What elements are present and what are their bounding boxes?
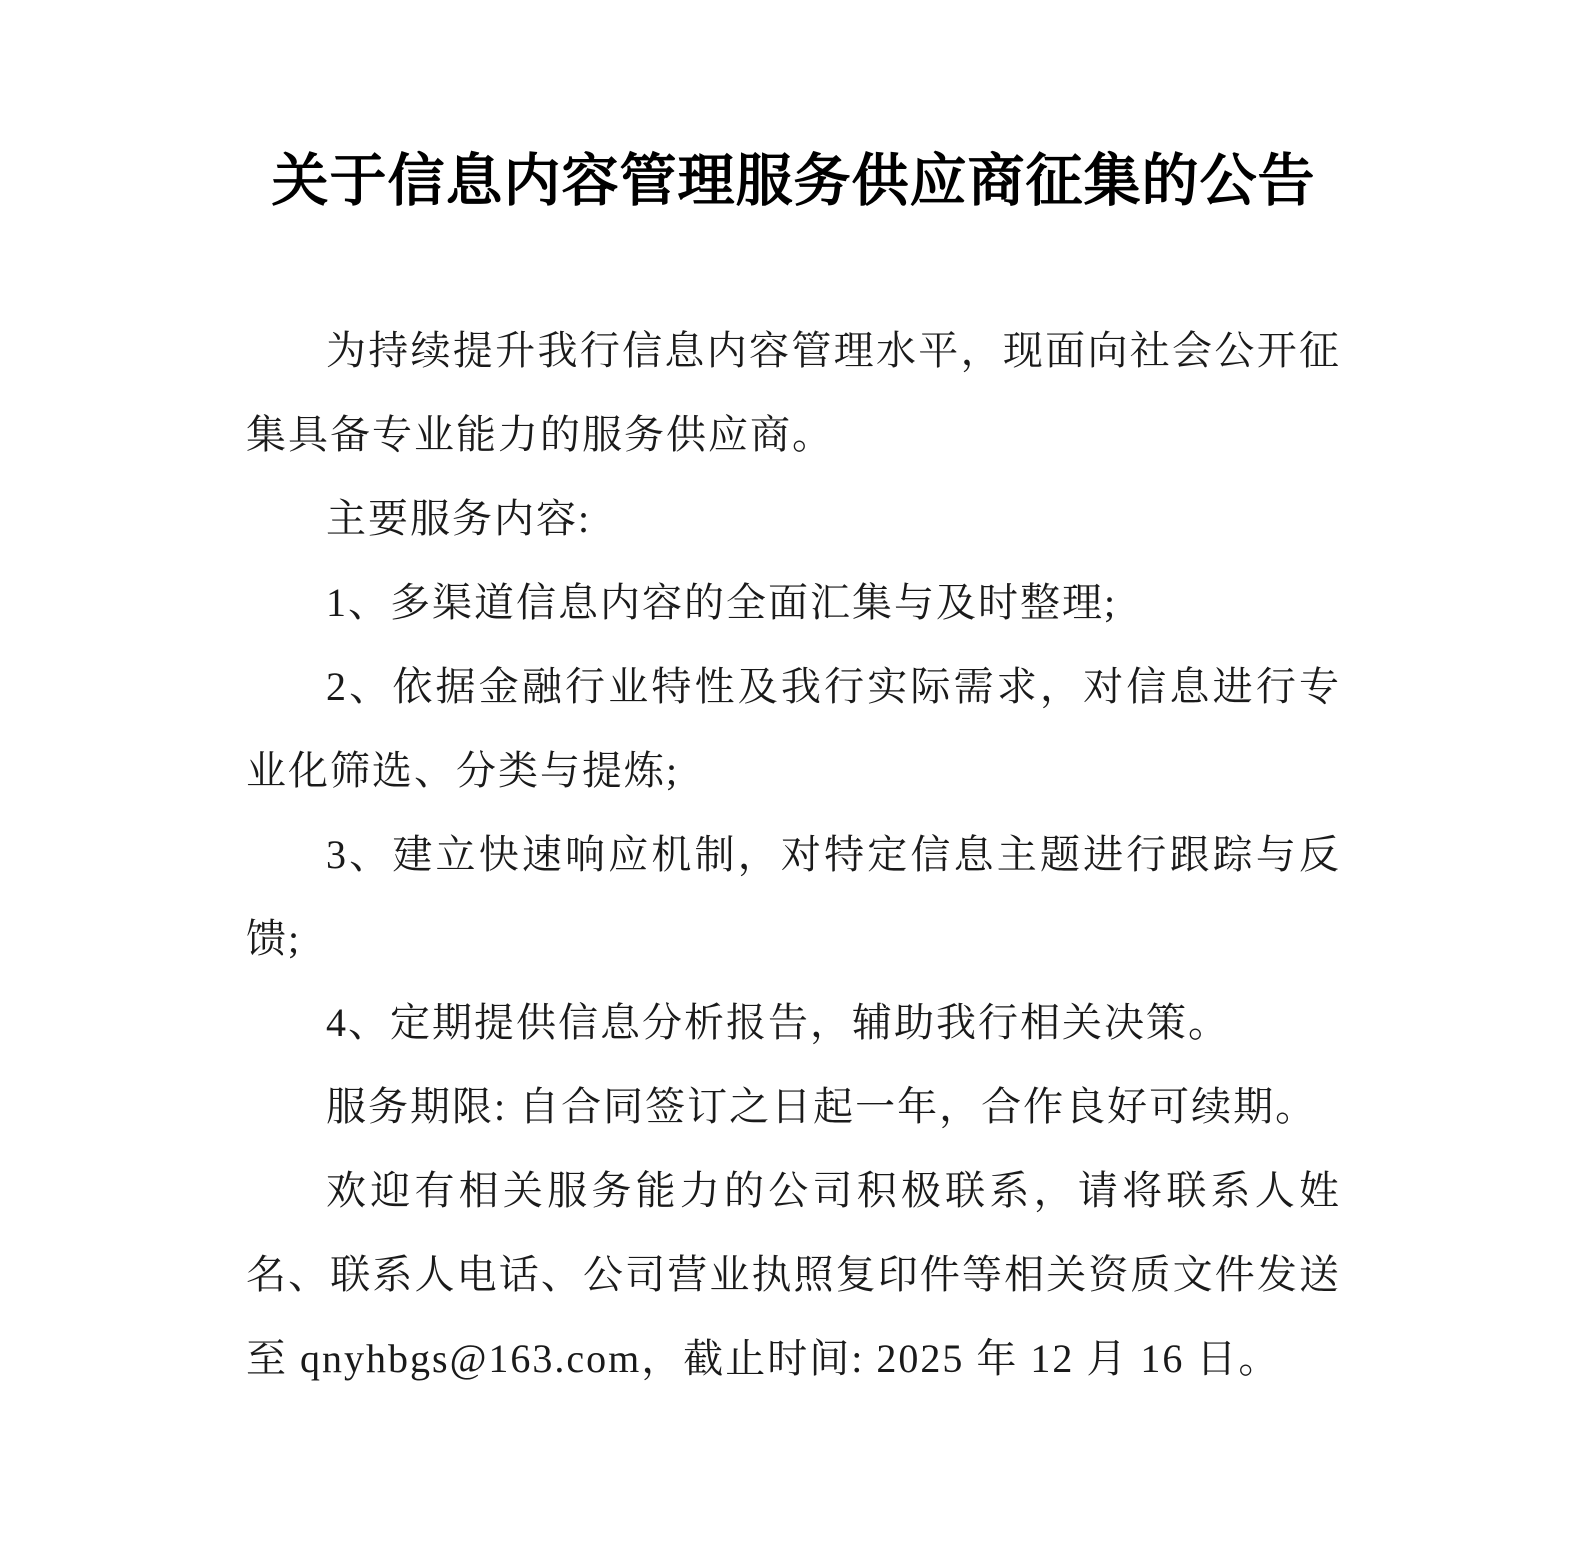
- paragraph-contact-info: 欢迎有相关服务能力的公司积极联系，请将联系人姓名、联系人电话、公司营业执照复印件…: [246, 1149, 1341, 1401]
- paragraph-service-item-3: 3、建立快速响应机制，对特定信息主题进行跟踪与反馈;: [246, 813, 1341, 981]
- paragraph-service-item-4: 4、定期提供信息分析报告，辅助我行相关决策。: [246, 981, 1341, 1065]
- paragraph-service-content-heading: 主要服务内容:: [246, 477, 1341, 561]
- paragraph-intro: 为持续提升我行信息内容管理水平，现面向社会公开征集具备专业能力的服务供应商。: [246, 309, 1341, 477]
- document-page: 关于信息内容管理服务供应商征集的公告 为持续提升我行信息内容管理水平，现面向社会…: [0, 0, 1587, 1560]
- announcement-title: 关于信息内容管理服务供应商征集的公告: [120, 146, 1467, 217]
- paragraph-service-item-1: 1、多渠道信息内容的全面汇集与及时整理;: [246, 561, 1341, 645]
- paragraph-service-term: 服务期限: 自合同签订之日起一年，合作良好可续期。: [246, 1065, 1341, 1149]
- announcement-body: 为持续提升我行信息内容管理水平，现面向社会公开征集具备专业能力的服务供应商。 主…: [246, 309, 1341, 1401]
- paragraph-service-item-2: 2、依据金融行业特性及我行实际需求，对信息进行专业化筛选、分类与提炼;: [246, 645, 1341, 813]
